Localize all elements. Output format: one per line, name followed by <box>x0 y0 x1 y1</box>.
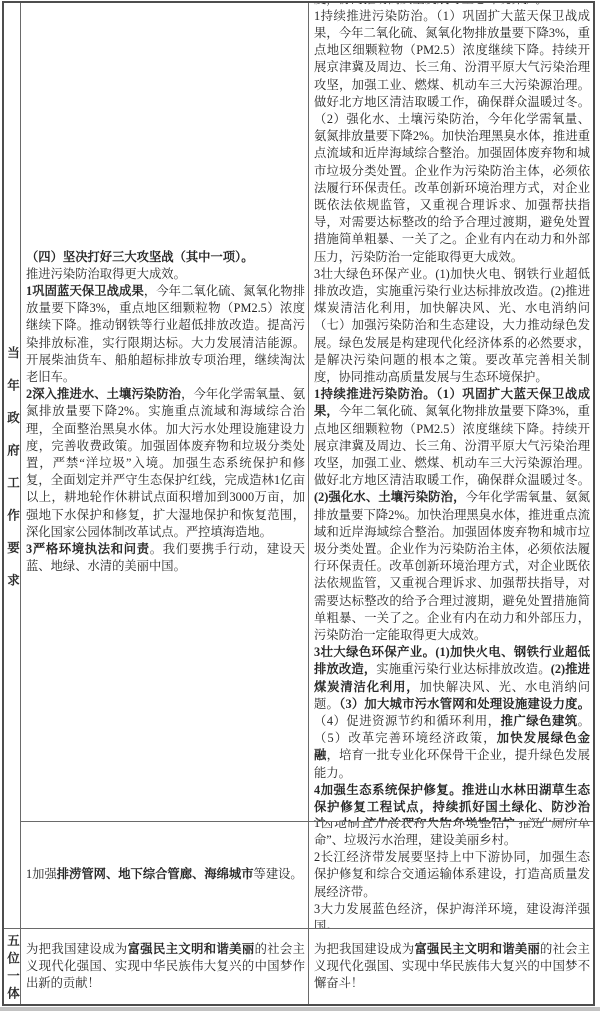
comparison-table: 当年政府工作要求 五位一体 （四）坚决打好三大攻坚战（其中一项）。推进污染防治取… <box>2 1 595 1006</box>
row-group-cell-current-year: 当年政府工作要求 <box>4 3 21 928</box>
cell-2018-three-battles: （四）坚决打好三大攻坚战（其中一项）。推进污染防治取得更大成效。1巩固蓝天保卫战… <box>21 3 309 821</box>
text-2019-rural-yangtze-ocean: 1因地制宜开展农村人居环境整治，推进“厕所革命”、垃圾污水治理，建设美丽乡村。2… <box>309 821 593 928</box>
text-2018-china-dream: 为把我国建设成为富强民主文明和谐美丽的社会主义现代化强国、实现中华民族伟大复兴的… <box>21 941 308 993</box>
text-2018-pollution-campaign: （四）坚决打好三大攻坚战（其中一项）。推进污染防治取得更大成效。1巩固蓝天保卫战… <box>21 249 308 576</box>
row-group-label-five-in-one: 五位一体 <box>4 934 21 1004</box>
text-2019-china-dream: 为把我国建设成为富强民主文明和谐美丽的社会主义现代化强国、实现中华民族伟大复兴的… <box>309 941 593 993</box>
cell-2019-rural-environment: 1因地制宜开展农村人居环境整治，推进“厕所革命”、垃圾污水治理，建设美丽乡村。2… <box>309 821 593 928</box>
row-group-label-current-year: 当年政府工作要求 <box>4 346 21 606</box>
row-group-cell-five-in-one: 五位一体 <box>4 928 21 1004</box>
photo-bottom-edge <box>0 1007 600 1011</box>
cell-2019-goal: 为把我国建设成为富强民主文明和谐美丽的社会主义现代化强国、实现中华民族伟大复兴的… <box>309 928 593 1004</box>
cell-2018-goal: 为把我国建设成为富强民主文明和谐美丽的社会主义现代化强国、实现中华民族伟大复兴的… <box>21 928 309 1004</box>
cell-2019-green-development: （七）加强污染防治和生态建设，大力推动绿色发展。绿色发展是构建现代化经济体系的必… <box>309 3 593 821</box>
cell-2018-infrastructure: 1加强排涝管网、地下综合管廊、海绵城市等建设。 <box>21 821 309 928</box>
text-2018-drainage-network: 1加强排涝管网、地下综合管廊、海绵城市等建设。 <box>21 866 308 883</box>
text-2019-pollution-ecology: （七）加强污染防治和生态建设，大力推动绿色发展。绿色发展是构建现代化经济体系的必… <box>309 3 593 821</box>
